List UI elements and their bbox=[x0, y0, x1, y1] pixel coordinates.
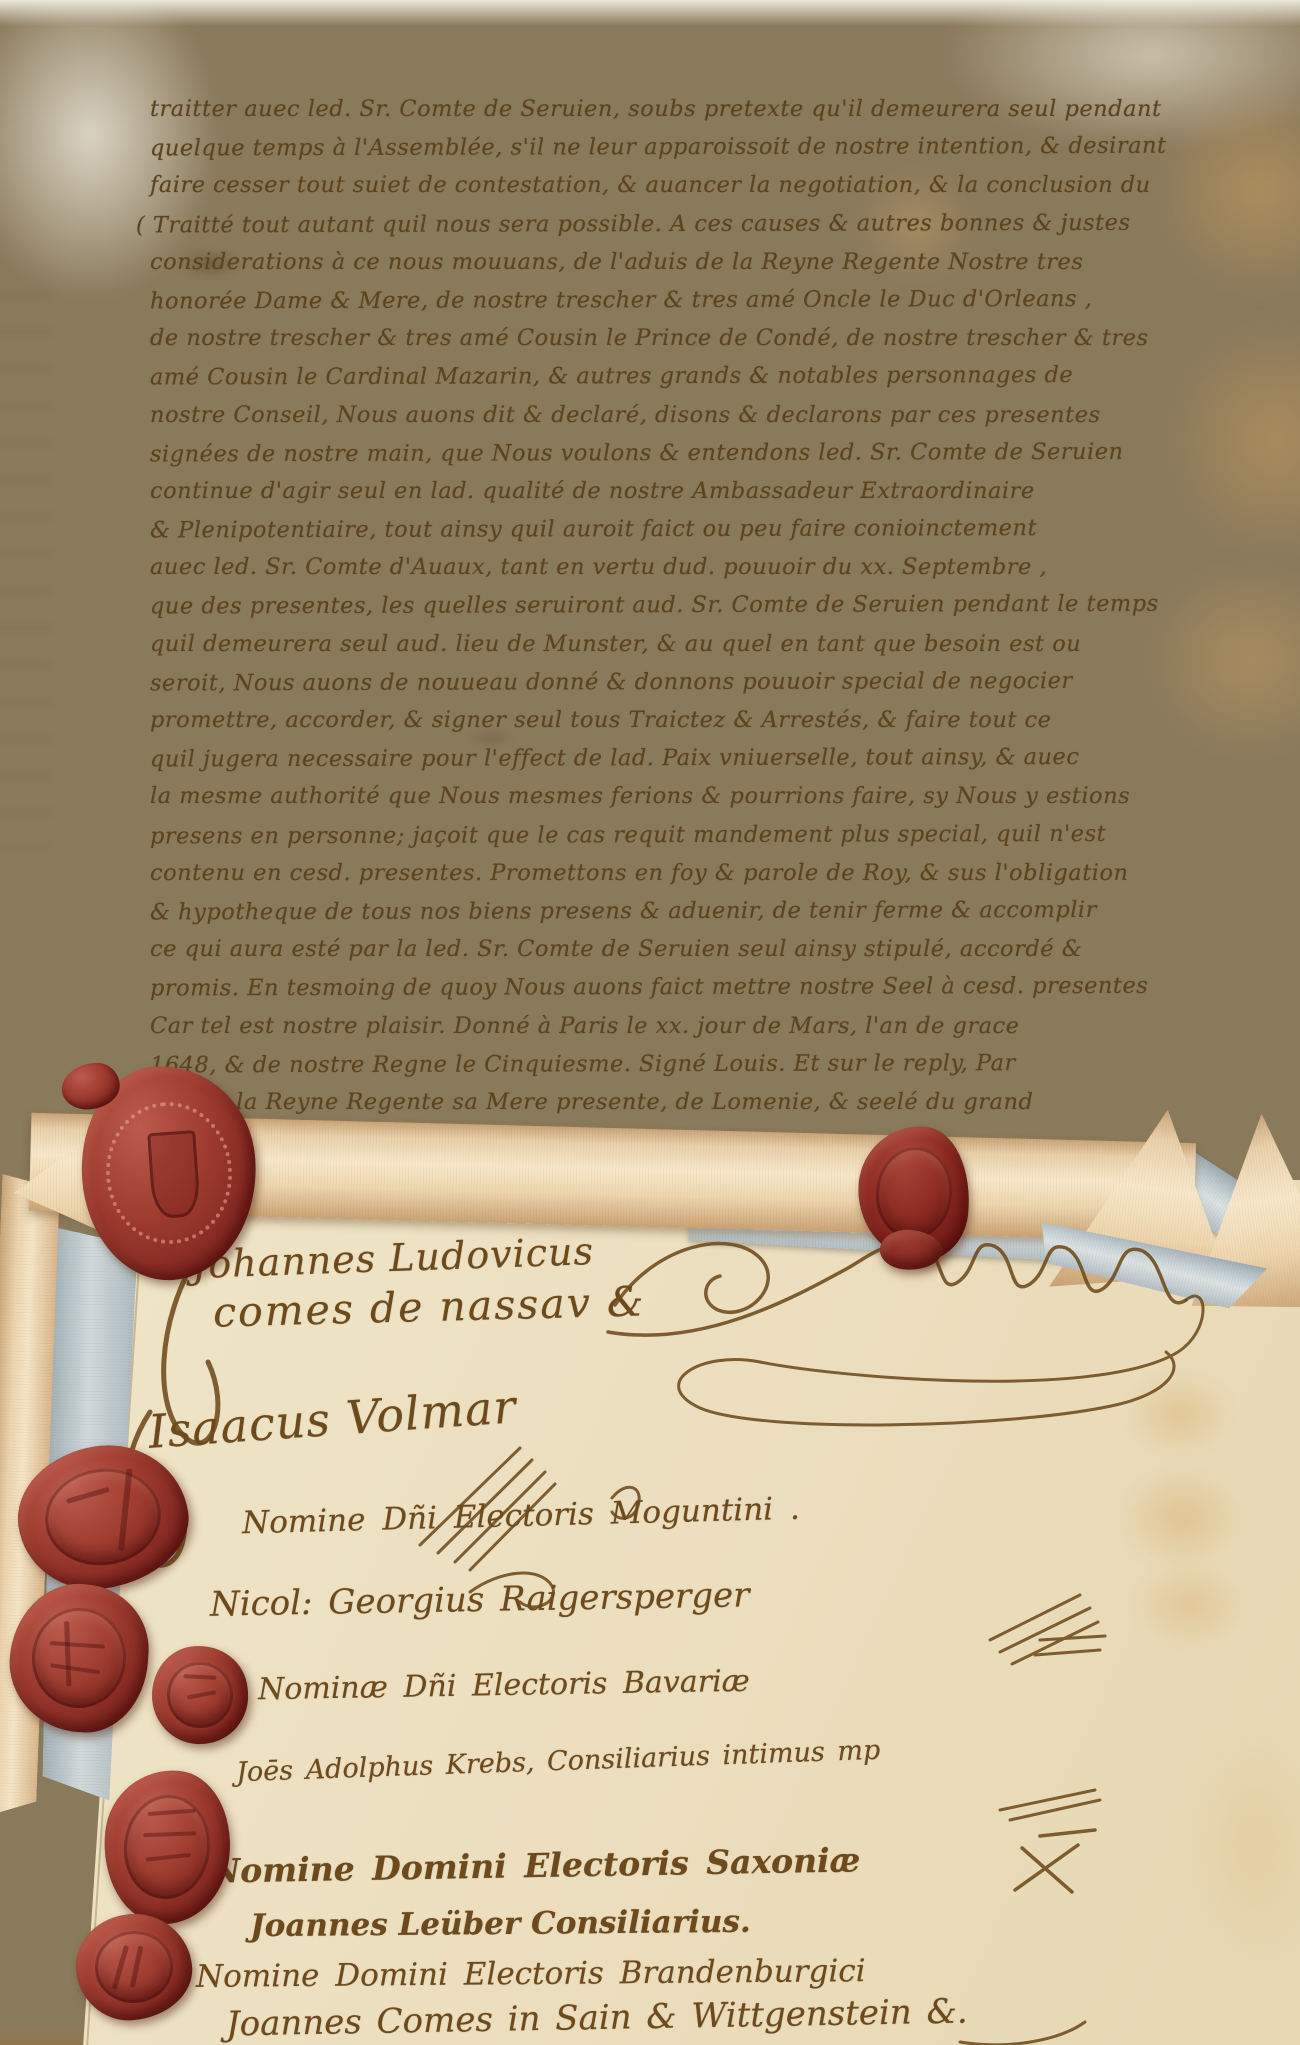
bavaria-wax-seal-icon bbox=[5, 1579, 153, 1736]
manuscript-page: traitter auec led. Sr. Comte de Seruien,… bbox=[0, 0, 1300, 2045]
grand-royal-wax-seal-icon bbox=[75, 1060, 264, 1286]
mainz-wax-seal-icon bbox=[9, 1435, 197, 1599]
ribbon-wax-seal-icon bbox=[851, 1121, 976, 1266]
saxony-wax-seal-icon bbox=[96, 1764, 237, 1930]
brandenburg-wax-seal-icon bbox=[72, 1910, 195, 2024]
bavaria-small-wax-seal-icon bbox=[148, 1642, 252, 1748]
